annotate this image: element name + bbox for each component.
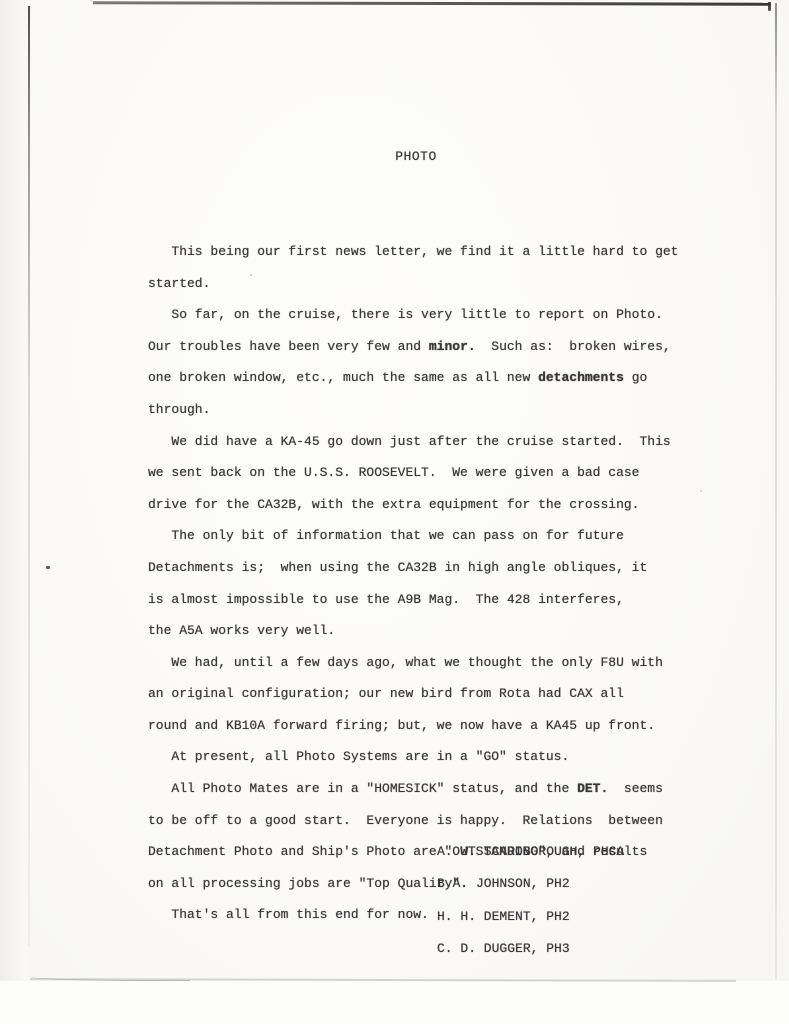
text-line: So far, on the cruise, there is very lit… (148, 299, 684, 331)
text-line: an original configuration; our new bird … (148, 678, 684, 710)
text-line: A. W. SCAROBOROUGH, PHCA (437, 836, 624, 868)
text-line: drive for the CA32B, with the extra equi… (148, 489, 684, 521)
text-line: We had, until a few days ago, what we th… (148, 647, 684, 679)
text-line: The only bit of information that we can … (148, 520, 684, 552)
paper-top-edge (93, 1, 770, 5)
text-line: B.A. JOHNSON, PH2 (437, 868, 624, 900)
text-line: round and KB10A forward firing; but, we … (148, 710, 684, 742)
scanned-page: PHOTO This being our first news letter, … (0, 0, 789, 1024)
paper-left-edge (28, 6, 30, 946)
text-line: We did have a KA-45 go down just after t… (148, 426, 684, 458)
text-line: the A5A works very well. (148, 615, 684, 647)
text-line: we sent back on the U.S.S. ROOSEVELT. We… (148, 457, 684, 489)
text-line: one broken window, etc., much the same a… (148, 362, 684, 394)
paper-speck (46, 566, 50, 569)
scanner-left-margin (0, 0, 28, 1024)
text-line: Detachments is; when using the CA32B in … (148, 552, 684, 584)
page-title: PHOTO (148, 141, 684, 173)
text-line: H. H. DEMENT, PH2 (437, 901, 624, 933)
text-line: Our troubles have been very few and mino… (148, 331, 684, 363)
paper-right-edge (775, 3, 777, 979)
text-line: started. (148, 268, 684, 300)
signature-block: A. W. SCAROBOROUGH, PHCAB.A. JOHNSON, PH… (437, 836, 624, 965)
body-text: This being our first news letter, we fin… (148, 236, 684, 931)
text-line: All Photo Mates are in a "HOMESICK" stat… (148, 773, 684, 805)
text-line: C. D. DUGGER, PH3 (437, 933, 624, 965)
paper-top-right-corner (768, 2, 771, 11)
text-line: through. (148, 394, 684, 426)
text-line: to be off to a good start. Everyone is h… (148, 805, 684, 837)
paper-speck (700, 490, 702, 492)
paper-top-left-corner (32, 0, 97, 4)
text-line: is almost impossible to use the A9B Mag.… (148, 584, 684, 616)
text-line: This being our first news letter, we fin… (148, 236, 684, 268)
text-line: At present, all Photo Systems are in a "… (148, 741, 684, 773)
